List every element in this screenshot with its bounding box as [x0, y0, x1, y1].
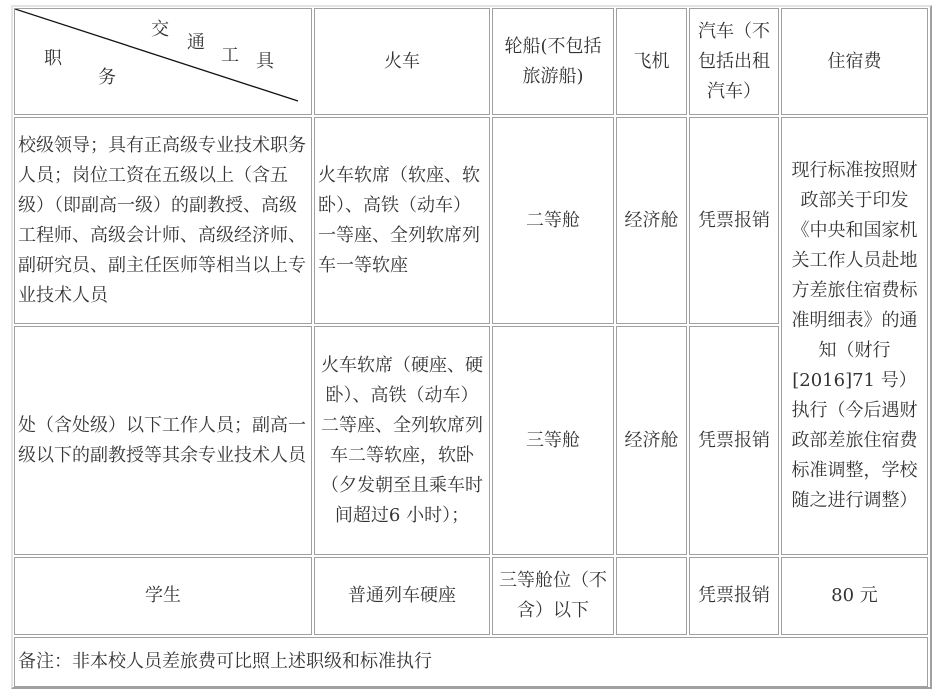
- train-cell: 火车软席（软座、软卧）、高铁（动车）一等座、全列软席列车一等软座: [314, 117, 490, 324]
- car-cell: 凭票报销: [689, 557, 779, 635]
- train-cell: 火车软席（硬座、硬卧）、高铁（动车）二等座、全列软席列车二等软座，软卧（夕发朝至…: [314, 326, 490, 555]
- note-cell: 备注：非本校人员差旅费可比照上述职级和标准执行: [14, 637, 928, 687]
- ship-cell: 三等舱: [492, 326, 614, 555]
- header-row: 交 通 工 具 职 务 火车 轮船(不包括旅游船) 飞机 汽车（不包括出租汽车）…: [14, 8, 928, 115]
- car-cell: 凭票报销: [689, 326, 779, 555]
- table-row: 学生 普通列车硬座 三等舱位（不含）以下 凭票报销 80 元: [14, 557, 928, 635]
- train-cell: 普通列车硬座: [314, 557, 490, 635]
- position-cell: 校级领导；具有正高级专业技术职务人员；岗位工资在五级以上（含五级）（即副高一级）…: [14, 117, 312, 324]
- diagonal-header-cell: 交 通 工 具 职 务: [14, 8, 312, 115]
- position-cell: 处（含处级）以下工作人员；副高一级以下的副教授等其余专业技术人员: [14, 326, 312, 555]
- column-header-ship: 轮船(不包括旅游船): [492, 8, 614, 115]
- column-header-train: 火车: [314, 8, 490, 115]
- column-header-car: 汽车（不包括出租汽车）: [689, 8, 779, 115]
- corner-bottom-char: 务: [98, 68, 116, 88]
- note-row: 备注：非本校人员差旅费可比照上述职级和标准执行: [14, 637, 928, 687]
- column-header-plane: 飞机: [616, 8, 687, 115]
- ship-cell: 二等舱: [492, 117, 614, 324]
- travel-expense-table: 交 通 工 具 职 务 火车 轮船(不包括旅游船) 飞机 汽车（不包括出租汽车）…: [12, 6, 930, 689]
- lodging-shared-cell: 现行标准按照财政部关于印发《中央和国家机关工作人员赴地方差旅住宿费标准明细表》的…: [781, 117, 928, 555]
- plane-cell: [616, 557, 687, 635]
- corner-top-char: 通: [187, 33, 205, 53]
- corner-top-char: 交: [151, 20, 169, 40]
- corner-top-char: 工: [221, 46, 239, 66]
- column-header-lodging: 住宿费: [781, 8, 928, 115]
- table-row: 校级领导；具有正高级专业技术职务人员；岗位工资在五级以上（含五级）（即副高一级）…: [14, 117, 928, 324]
- car-cell: 凭票报销: [689, 117, 779, 324]
- position-cell: 学生: [14, 557, 312, 635]
- lodging-cell: 80 元: [781, 557, 928, 635]
- plane-cell: 经济舱: [616, 117, 687, 324]
- corner-top-char: 具: [256, 52, 274, 72]
- plane-cell: 经济舱: [616, 326, 687, 555]
- ship-cell: 三等舱位（不含）以下: [492, 557, 614, 635]
- corner-bottom-char: 职: [44, 49, 62, 69]
